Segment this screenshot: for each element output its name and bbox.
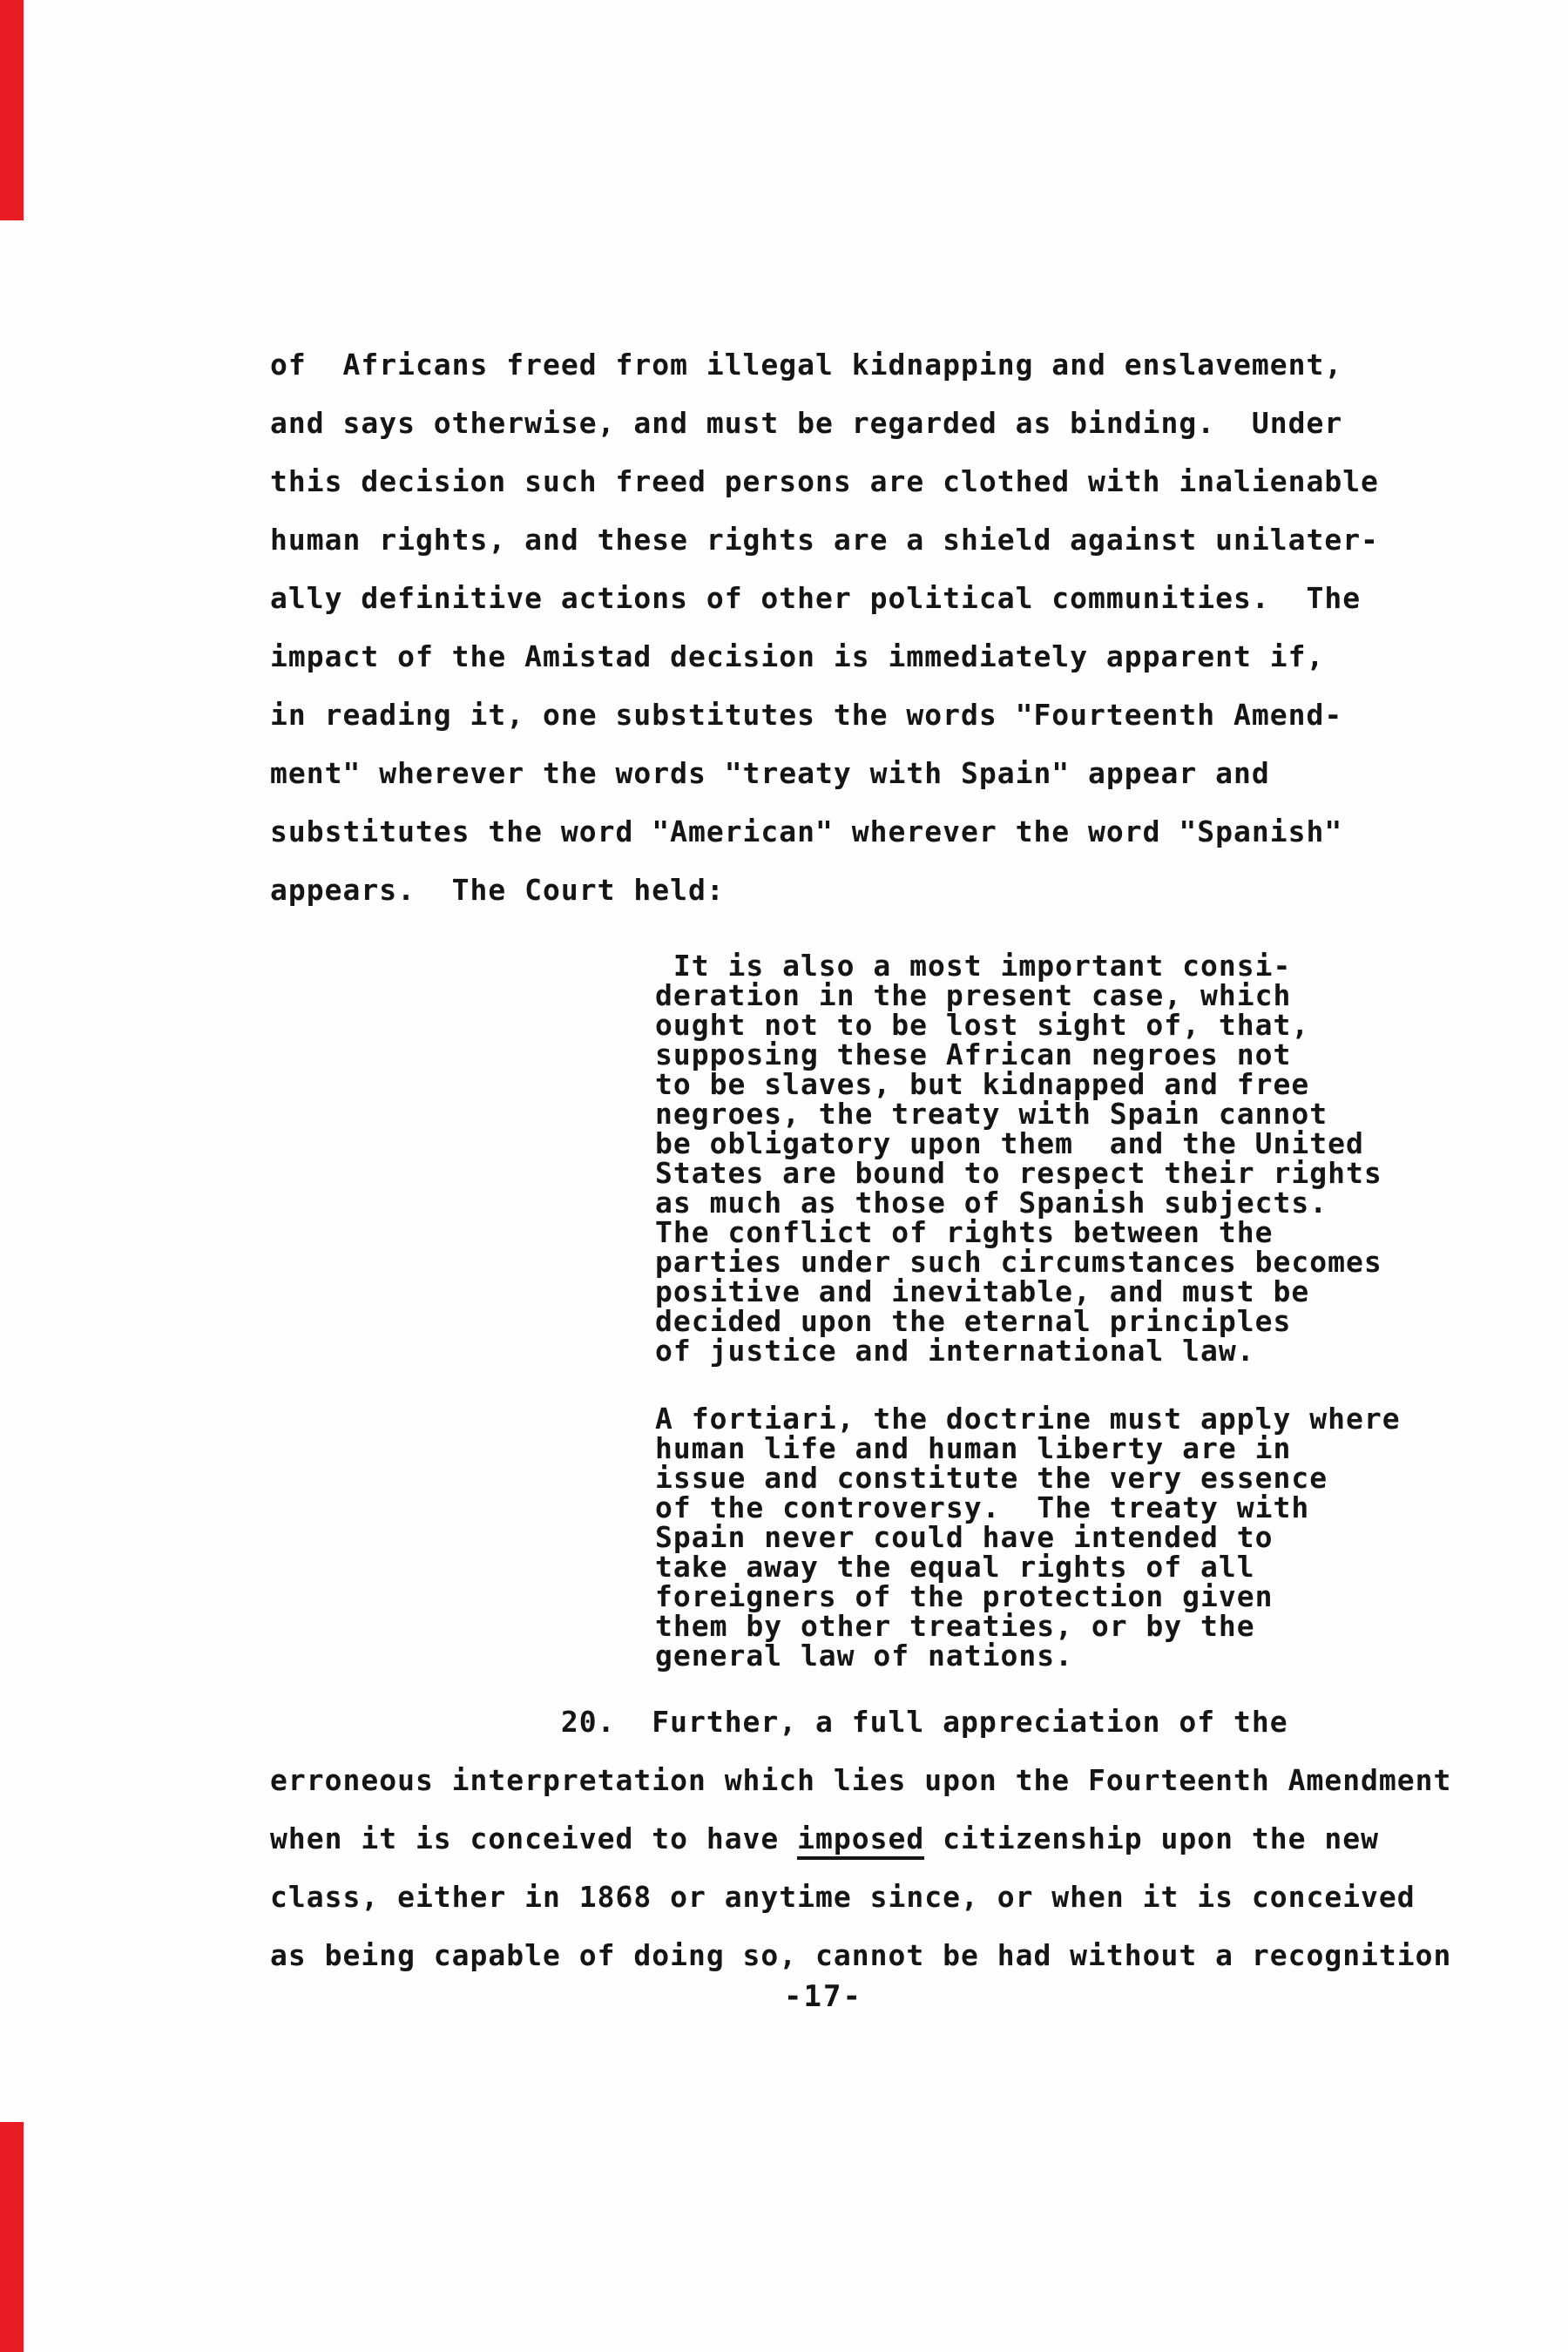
text-line: impact of the Amistad decision is immedi… xyxy=(270,627,1379,686)
text-line: be obligatory upon them and the United xyxy=(655,1129,1382,1159)
text-line: ment" wherever the words "treaty with Sp… xyxy=(270,744,1379,802)
text-line: this decision such freed persons are clo… xyxy=(270,452,1379,510)
text-line: supposing these African negroes not xyxy=(655,1040,1382,1070)
paragraph-main-2: 20. Further, a full appreciation of thee… xyxy=(270,1693,1451,1984)
block-quote-2: A fortiari, the doctrine must apply wher… xyxy=(655,1404,1401,1671)
text-line: positive and inevitable, and must be xyxy=(655,1277,1382,1307)
paragraph-main-1: of Africans freed from illegal kidnappin… xyxy=(270,335,1379,919)
text-line: ought not to be lost sight of, that, xyxy=(655,1010,1382,1040)
text-line: ally definitive actions of other politic… xyxy=(270,569,1379,627)
scanned-document-page: of Africans freed from illegal kidnappin… xyxy=(0,0,1568,2352)
text-line: foreigners of the protection given xyxy=(655,1582,1401,1612)
text-line: human life and human liberty are in xyxy=(655,1434,1401,1463)
film-edge-mark-top xyxy=(0,0,24,220)
text-line: of justice and international law. xyxy=(655,1336,1382,1366)
text-line: in reading it, one substitutes the words… xyxy=(270,686,1379,744)
text-line: decided upon the eternal principles xyxy=(655,1307,1382,1336)
text-line: A fortiari, the doctrine must apply wher… xyxy=(655,1404,1401,1434)
text-line: parties under such circumstances becomes xyxy=(655,1247,1382,1277)
underlined-word: imposed xyxy=(797,1821,924,1860)
text-line: substitutes the word "American" wherever… xyxy=(270,802,1379,861)
text-line: them by other treaties, or by the xyxy=(655,1612,1401,1641)
text-line: Spain never could have intended to xyxy=(655,1523,1401,1552)
text-line: and says otherwise, and must be regarded… xyxy=(270,394,1379,452)
text-line: as much as those of Spanish subjects. xyxy=(655,1188,1382,1218)
text-line: human rights, and these rights are a shi… xyxy=(270,510,1379,569)
text-line: issue and constitute the very essence xyxy=(655,1463,1401,1493)
text-line: States are bound to respect their rights xyxy=(655,1159,1382,1188)
text-line: of Africans freed from illegal kidnappin… xyxy=(270,335,1379,394)
text-line: when it is conceived to have imposed cit… xyxy=(270,1809,1451,1868)
film-edge-mark-bottom xyxy=(0,2122,24,2352)
text-line: of the controversy. The treaty with xyxy=(655,1493,1401,1523)
text-line: deration in the present case, which xyxy=(655,981,1382,1010)
text-line: erroneous interpretation which lies upon… xyxy=(270,1751,1451,1809)
page-number: -17- xyxy=(270,1979,1376,2014)
text-line: as being capable of doing so, cannot be … xyxy=(270,1926,1451,1984)
text-line: The conflict of rights between the xyxy=(655,1218,1382,1247)
text-line: general law of nations. xyxy=(655,1641,1401,1671)
text-line: take away the equal rights of all xyxy=(655,1552,1401,1582)
text-line: 20. Further, a full appreciation of the xyxy=(270,1693,1451,1751)
text-line: class, either in 1868 or anytime since, … xyxy=(270,1868,1451,1926)
text-line: negroes, the treaty with Spain cannot xyxy=(655,1099,1382,1129)
text-line: appears. The Court held: xyxy=(270,861,1379,919)
block-quote-1: It is also a most important consi-derati… xyxy=(655,951,1382,1366)
text-line: It is also a most important consi- xyxy=(655,951,1382,981)
text-line: to be slaves, but kidnapped and free xyxy=(655,1070,1382,1099)
